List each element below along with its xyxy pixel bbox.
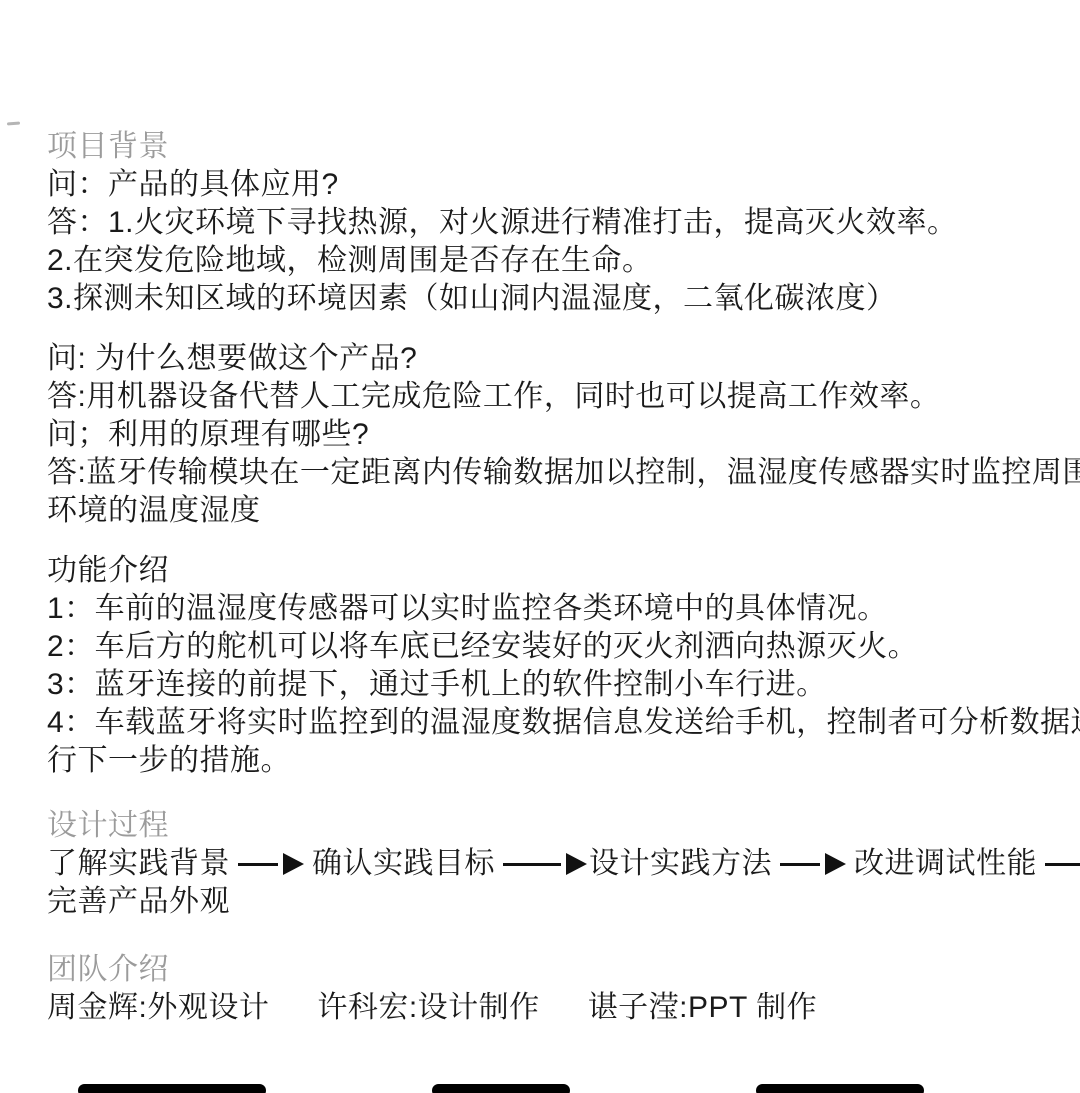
- team-members-row: 周金辉:外观设计 许科宏:设计制作 谌子滢:PPT 制作: [47, 989, 1080, 1027]
- text-line: 环境的温度湿度: [47, 492, 1080, 530]
- text-line: 2：车后方的舵机可以将车底已经安装好的灭火剂洒向热源灭火。: [47, 628, 1080, 666]
- text-line: 问: 为什么想要做这个产品?: [47, 340, 1080, 378]
- text-line: 3.探测未知区域的环境因素（如山洞内温湿度，二氧化碳浓度）: [47, 280, 1080, 318]
- flow-step: 了解实践背景: [47, 845, 230, 883]
- text-line: 问：产品的具体应用?: [47, 166, 1080, 204]
- text-line: 2.在突发危险地域，检测周围是否存在生命。: [47, 242, 1080, 280]
- section-heading-design-process: 设计过程: [47, 807, 1080, 845]
- bottom-cutoff-bar: [432, 1084, 570, 1093]
- design-process-flow: 了解实践背景 确认实践目标 设计实践方法 改进调试性能: [47, 845, 1080, 883]
- team-member: 周金辉:外观设计: [47, 989, 269, 1027]
- flow-wrap-line: 完善产品外观: [47, 883, 1080, 921]
- flow-step: 改进调试性能: [854, 845, 1037, 883]
- text-line: 答:蓝牙传输模块在一定距离内传输数据加以控制，温湿度传感器实时监控周围: [47, 454, 1080, 492]
- text-line: 3：蓝牙连接的前提下，通过手机上的软件控制小车行进。: [47, 666, 1080, 704]
- right-arrow-icon: [1045, 853, 1080, 875]
- right-arrow-icon: [780, 853, 846, 875]
- text-line: 4：车载蓝牙将实时监控到的温湿度数据信息发送给手机，控制者可分析数据进: [47, 704, 1080, 742]
- corner-dash-mark: [7, 122, 20, 126]
- text-line: 答:用机器设备代替人工完成危险工作，同时也可以提高工作效率。: [47, 378, 1080, 416]
- document-body: 项目背景 问：产品的具体应用? 答：1.火灾环境下寻找热源，对火源进行精准打击，…: [47, 128, 1080, 1027]
- section-heading-team: 团队介绍: [47, 951, 1080, 989]
- right-arrow-icon: [238, 853, 304, 875]
- text-line: 问；利用的原理有哪些?: [47, 416, 1080, 454]
- text-line: 答：1.火灾环境下寻找热源，对火源进行精准打击，提高灭火效率。: [47, 204, 1080, 242]
- blank-line: [47, 921, 1080, 951]
- right-arrow-icon: [503, 853, 587, 875]
- bottom-cutoff-bar: [78, 1084, 266, 1093]
- bottom-cutoff-bar: [756, 1084, 924, 1093]
- section-heading-features: 功能介绍: [47, 552, 1080, 590]
- blank-line: [47, 318, 1080, 340]
- blank-line: [47, 530, 1080, 552]
- text-line: 行下一步的措施。: [47, 742, 1080, 780]
- blank-line: [47, 780, 1080, 807]
- team-member: 谌子滢:PPT 制作: [588, 989, 817, 1027]
- section-heading-project-background: 项目背景: [47, 128, 1080, 166]
- flow-step: 设计实践方法: [589, 845, 772, 883]
- text-line: 1：车前的温湿度传感器可以实时监控各类环境中的具体情况。: [47, 590, 1080, 628]
- team-member: 许科宏:设计制作: [317, 989, 539, 1027]
- flow-step: 确认实践目标: [312, 845, 495, 883]
